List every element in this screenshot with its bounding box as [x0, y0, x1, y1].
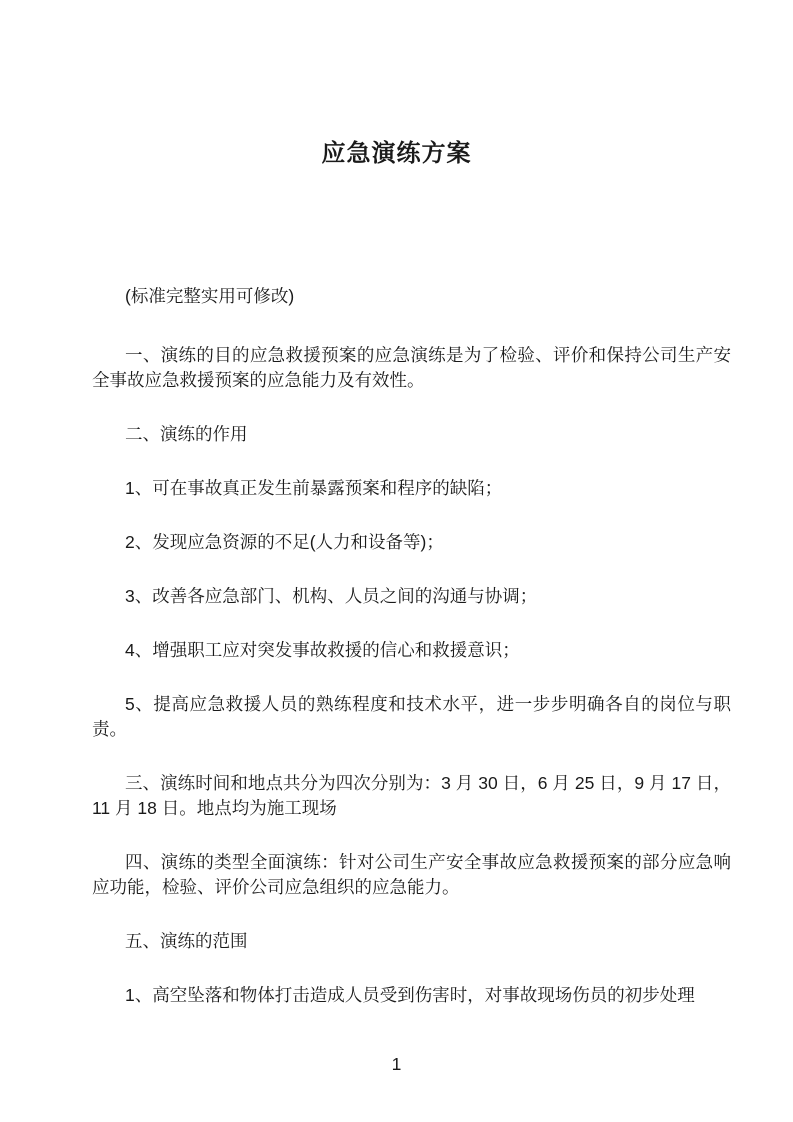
document-title: 应急演练方案: [0, 0, 793, 170]
section-5-scope-heading: 五、演练的范围: [92, 929, 731, 954]
role-item-5: 5、提高应急救援人员的熟练程度和技术水平，进一步步明确各自的岗位与职责。: [92, 692, 731, 742]
role-item-4: 4、增强职工应对突发事故救援的信心和救援意识；: [92, 638, 731, 663]
section-3-time-location: 三、演练时间和地点共分为四次分别为：3 月 30 日，6 月 25 日，9 月 …: [92, 771, 731, 821]
section-4-type: 四、演练的类型全面演练：针对公司生产安全事故应急救援预案的部分应急响应功能，检验…: [92, 850, 731, 900]
page-number: 1: [0, 1052, 793, 1077]
section-1-purpose: 一、演练的目的应急救援预案的应急演练是为了检验、评价和保持公司生产安全事故应急救…: [92, 343, 731, 393]
scope-item-1: 1、高空坠落和物体打击造成人员受到伤害时，对事故现场伤员的初步处理: [92, 983, 731, 1008]
role-item-1: 1、可在事故真正发生前暴露预案和程序的缺陷；: [92, 476, 731, 501]
document-page: 应急演练方案 (标准完整实用可修改) 一、演练的目的应急救援预案的应急演练是为了…: [0, 0, 793, 1122]
note-line: (标准完整实用可修改): [92, 284, 731, 309]
role-item-3: 3、改善各应急部门、机构、人员之间的沟通与协调；: [92, 584, 731, 609]
document-body: (标准完整实用可修改) 一、演练的目的应急救援预案的应急演练是为了检验、评价和保…: [0, 284, 793, 1008]
section-2-role-heading: 二、演练的作用: [92, 422, 731, 447]
role-item-2: 2、发现应急资源的不足(人力和设备等)；: [92, 530, 731, 555]
